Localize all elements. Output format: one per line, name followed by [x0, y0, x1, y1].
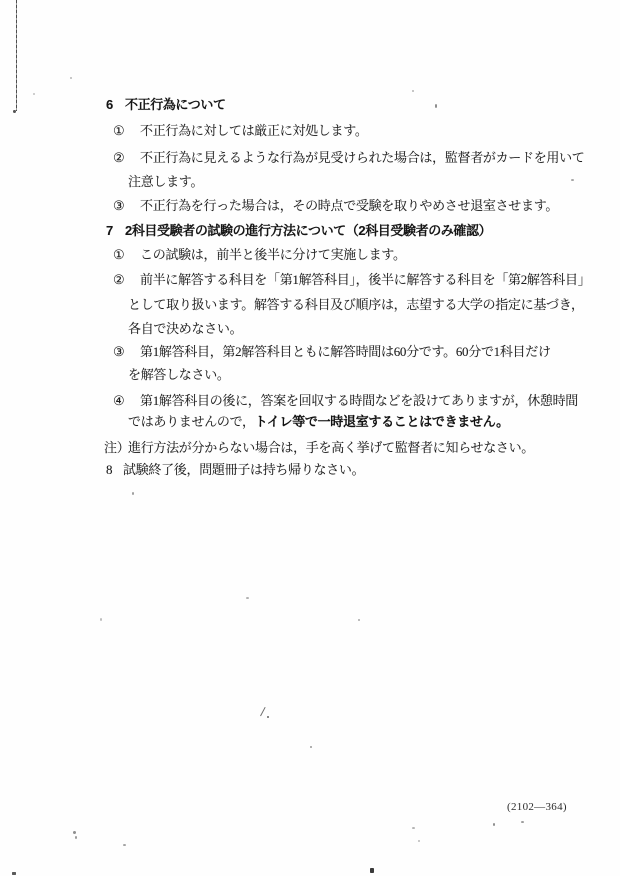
scan-speck [213, 231, 215, 233]
circled-2-marker: ② [113, 150, 140, 166]
scan-speck [12, 872, 16, 875]
item-text: 不正行為を行った場合は，その時点で受験を取りやめさせ退室させます。 [140, 198, 558, 213]
section-8-line: 8試験終了後，問題冊子は持ち帰りなさい。 [106, 462, 364, 478]
scan-speck [33, 93, 35, 95]
section-7-title: 2科目受験者の試験の進行方法について（2科目受験者のみ確認） [125, 223, 491, 238]
section-7-note: 注）進行方法が分からない場合は，手を高く挙げて監督者に知らせなさい。 [104, 440, 534, 456]
section-6-header: 6不正行為について [106, 97, 226, 113]
section-7-item-2-line-1: ②前半に解答する科目を「第1解答科目」，後半に解答する科目を「第2解答科目」 [113, 272, 590, 288]
circled-1-marker: ① [113, 247, 140, 263]
section-6-number: 6 [106, 97, 125, 113]
scan-speck [70, 77, 72, 79]
section-7-item-2-line-3: 各自で決めなさい。 [128, 321, 242, 337]
item-text: 第1解答科目の後に，答案を回収する時間などを設けてありますが，休憩時間 [140, 393, 578, 408]
item-text: 不正行為に見えるような行為が見受けられた場合は，監督者がカードを用いて [140, 150, 585, 165]
scan-speck [435, 104, 437, 108]
scan-speck [358, 619, 360, 621]
section-6-item-3: ③不正行為を行った場合は，その時点で受験を取りやめさせ退室させます。 [113, 198, 558, 214]
item-text: 前半に解答する科目を「第1解答科目」，後半に解答する科目を「第2解答科目」 [140, 272, 590, 287]
scan-speck [521, 821, 524, 823]
booklet-code: (2102—364) [507, 801, 567, 813]
scan-artifact-tick [260, 707, 271, 719]
scan-speck [246, 597, 249, 599]
section-8-text: 試験終了後，問題冊子は持ち帰りなさい。 [123, 462, 364, 477]
section-7-header: 72科目受験者の試験の進行方法について（2科目受験者のみ確認） [106, 223, 491, 239]
item-text-emphasis: トイレ等で一時退室することはできません。 [255, 414, 509, 429]
item-text: 各自で決めなさい。 [128, 321, 242, 336]
scan-speck [418, 840, 420, 842]
section-7-item-2-line-2: として取り扱います。解答する科目及び順序は，志望する大学の指定に基づき， [128, 297, 584, 313]
scan-speck [370, 868, 374, 873]
scan-speck [73, 831, 76, 834]
section-6-item-2-line-2: 注意します。 [128, 174, 203, 190]
item-text: 注意します。 [128, 174, 203, 189]
item-text: として取り扱います。解答する科目及び順序は，志望する大学の指定に基づき， [128, 297, 584, 312]
scan-artifact-tick-dot [267, 716, 269, 718]
item-text: 不正行為に対しては厳正に対処します。 [140, 123, 368, 138]
item-text: を解答しなさい。 [128, 367, 230, 382]
circled-3-marker: ③ [113, 198, 140, 214]
scan-speck [132, 492, 134, 495]
scan-speck [412, 827, 415, 829]
section-6-title: 不正行為について [125, 97, 226, 112]
scan-speck [493, 823, 495, 826]
scan-speck [75, 836, 77, 839]
scan-speck [310, 746, 312, 748]
item-text: 第1解答科目，第2解答科目ともに解答時間は60分です。60分で1科目だけ [140, 344, 551, 359]
section-6-item-2-line-1: ②不正行為に見えるような行為が見受けられた場合は，監督者がカードを用いて [113, 150, 585, 166]
circled-4-marker: ④ [113, 393, 140, 409]
scan-speck [412, 90, 414, 92]
scan-artifact-dot [13, 110, 16, 113]
scanned-document-page: 6不正行為について ①不正行為に対しては厳正に対処します。 ②不正行為に見えるよ… [0, 0, 620, 876]
scan-artifact-vertical-line [16, 0, 17, 111]
section-7-item-3-line-1: ③第1解答科目，第2解答科目ともに解答時間は60分です。60分で1科目だけ [113, 344, 551, 360]
section-7-item-4-line-2: ではありませんので，トイレ等で一時退室することはできません。 [128, 414, 509, 430]
item-text: この試験は，前半と後半に分けて実施します。 [140, 247, 406, 262]
section-7-item-4-line-1: ④第1解答科目の後に，答案を回収する時間などを設けてありますが，休憩時間 [113, 393, 578, 409]
note-text: 進行方法が分からない場合は，手を高く挙げて監督者に知らせなさい。 [128, 440, 534, 455]
scan-speck [100, 618, 102, 621]
circled-1-marker: ① [113, 123, 140, 139]
scan-speck [571, 179, 574, 181]
section-6-item-1: ①不正行為に対しては厳正に対処します。 [113, 123, 368, 139]
item-text-normal: ではありませんので， [128, 414, 255, 429]
section-7-number: 7 [106, 223, 125, 239]
section-7-item-3-line-2: を解答しなさい。 [128, 367, 230, 383]
note-label: 注） [104, 440, 128, 456]
circled-3-marker: ③ [113, 344, 140, 360]
section-7-item-1: ①この試験は，前半と後半に分けて実施します。 [113, 247, 406, 263]
circled-2-marker: ② [113, 272, 140, 288]
section-8-number: 8 [106, 462, 123, 478]
scan-speck [123, 844, 126, 846]
